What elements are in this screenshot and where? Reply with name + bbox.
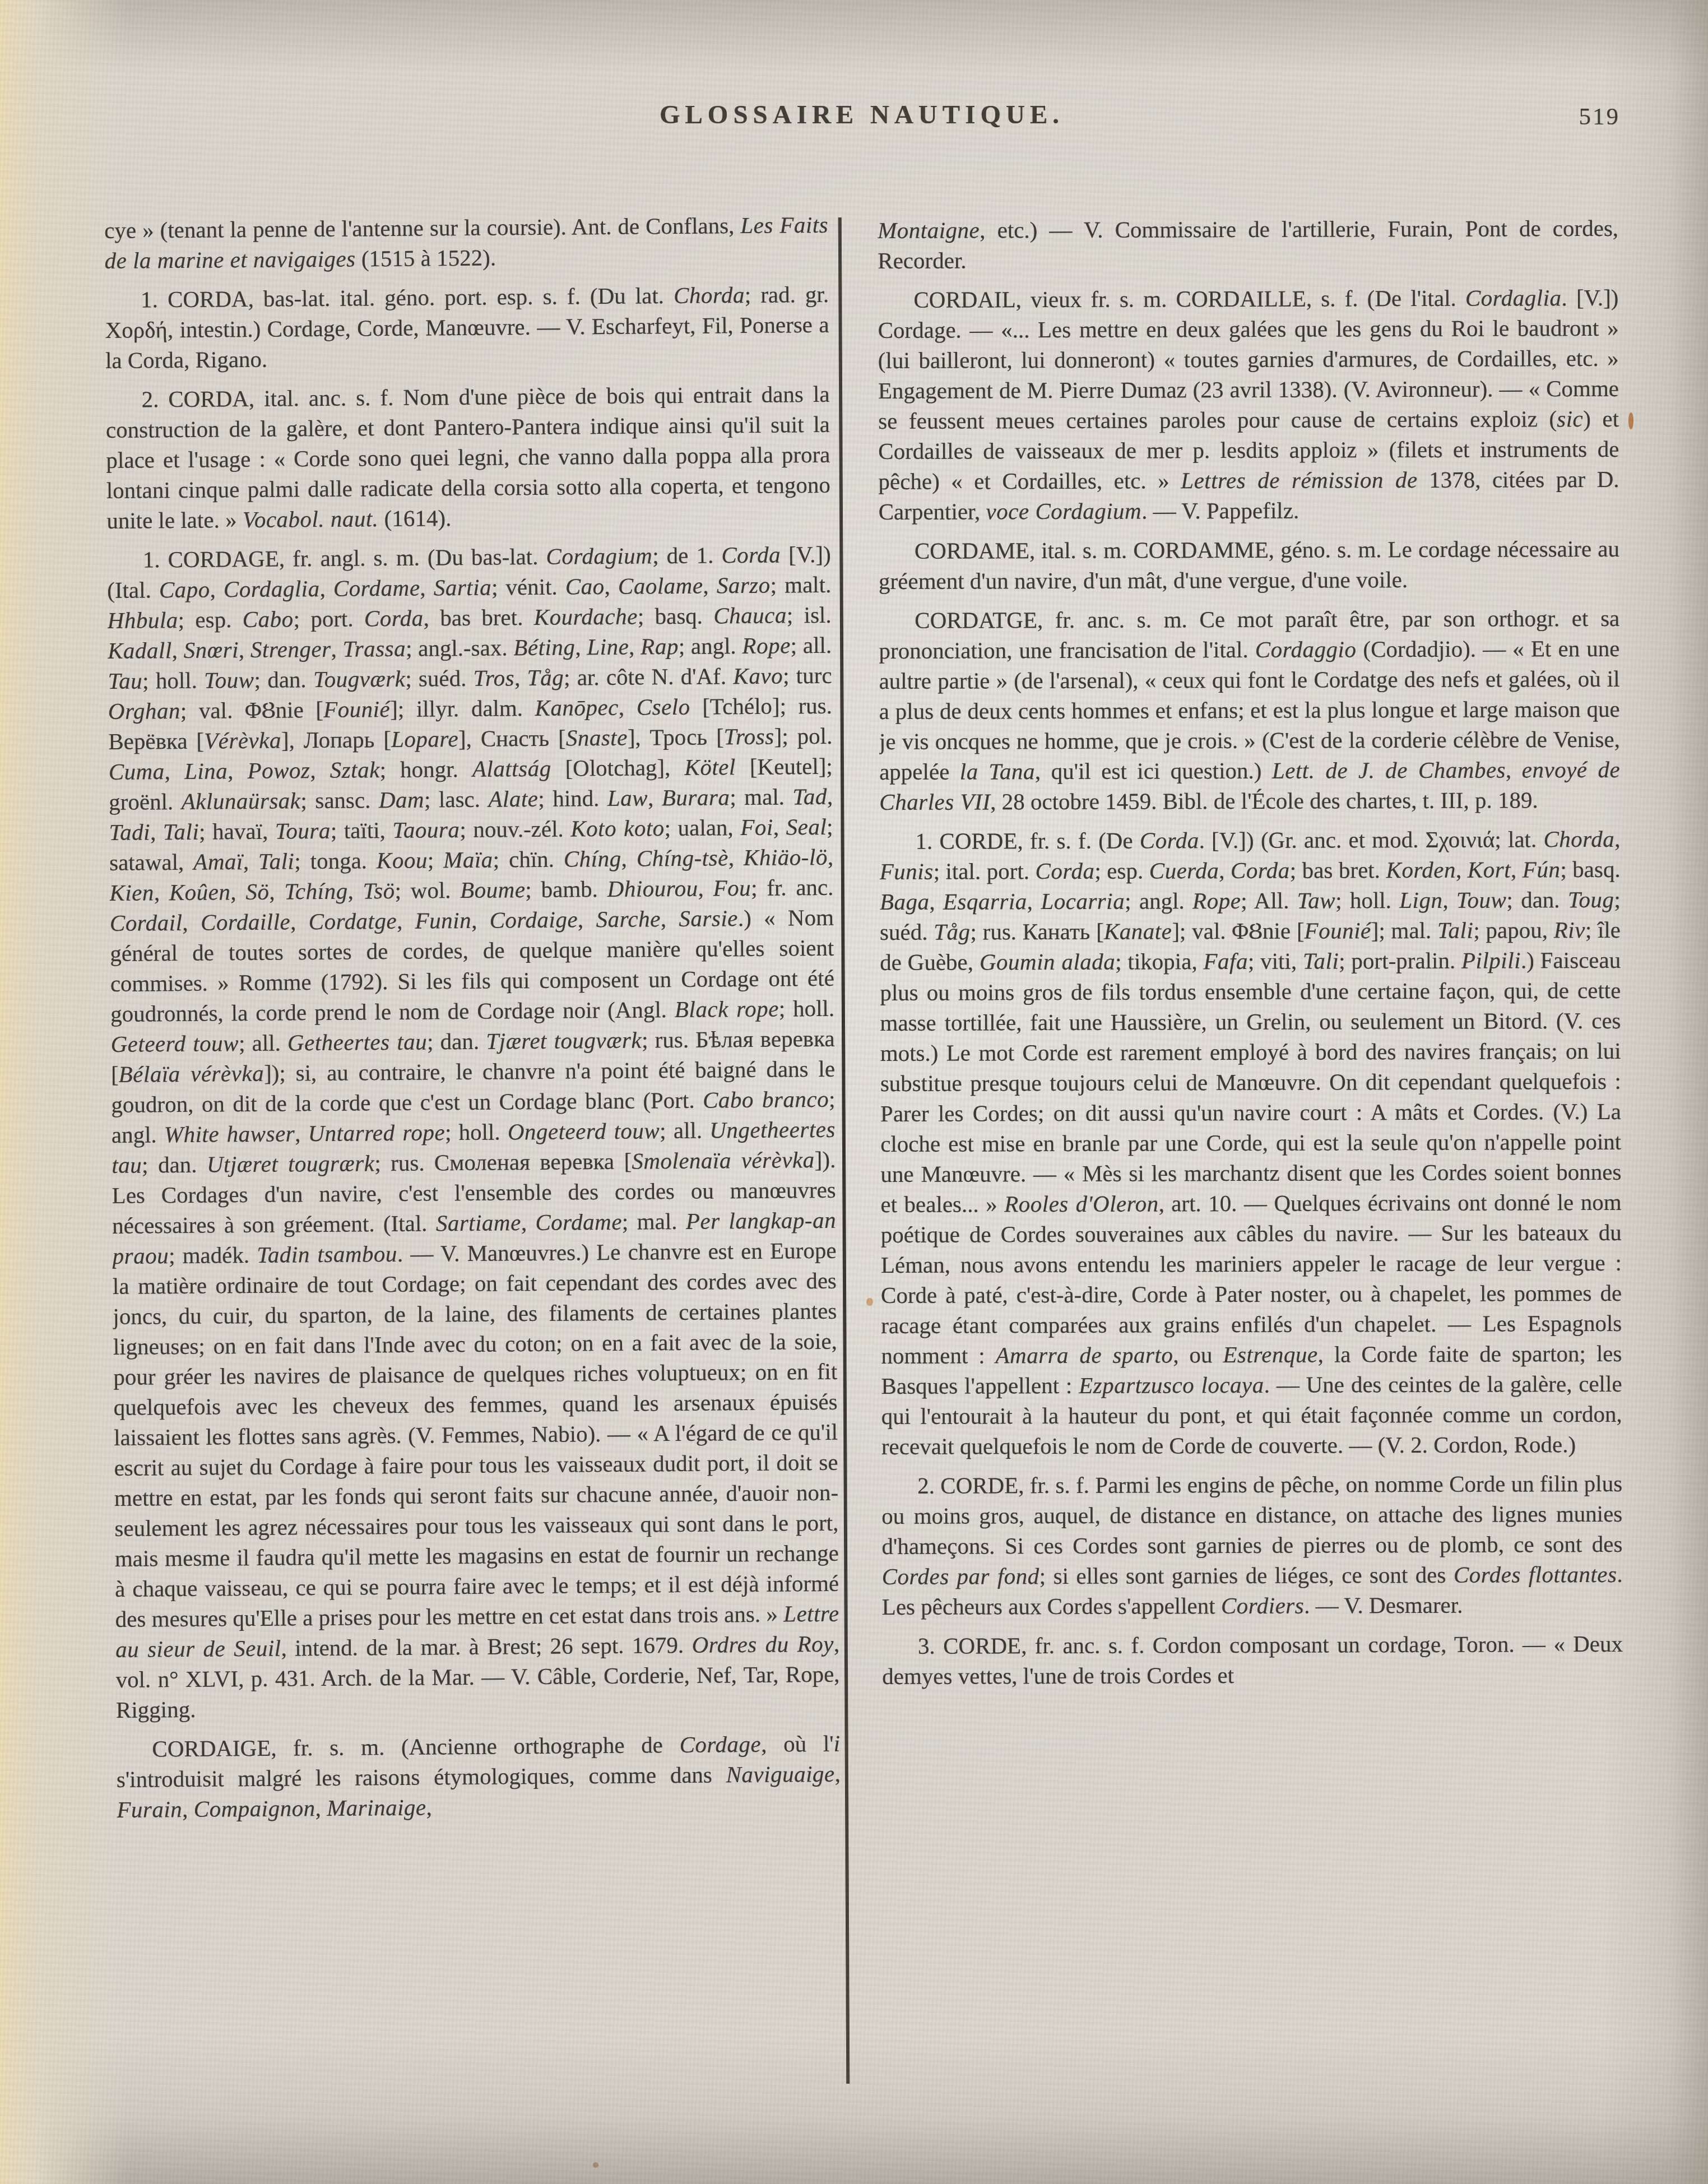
text-column-right: Montaigne, etc.) — V. Commissaire de l'a…: [878, 213, 1625, 2143]
glossary-paragraph: 2. CORDE, fr. s. f. Parmi les engins de …: [881, 1468, 1623, 1622]
paper-stain: [1628, 412, 1633, 429]
glossary-paragraph: CORDAIL, vieux fr. s. m. CORDAILLE, s. f…: [878, 282, 1619, 527]
running-title: GLOSSAIRE NAUTIQUE.: [104, 100, 1620, 130]
glossary-paragraph: cye » (tenant la penne de l'antenne sur …: [104, 210, 829, 276]
glossary-paragraph: 2. CORDA, ital. anc. s. f. Nom d'une piè…: [105, 379, 830, 536]
page-header: GLOSSAIRE NAUTIQUE. 519: [104, 100, 1620, 139]
glossary-paragraph: 1. CORDA, bas-lat. ital. géno. port. esp…: [105, 279, 829, 375]
glossary-paragraph: 1. CORDAGE, fr. angl. s. m. (Du bas-lat.…: [107, 539, 841, 1725]
glossary-paragraph: CORDAIGE, fr. s. m. (Ancienne orthograph…: [116, 1728, 841, 1825]
text-column-left: cye » (tenant la penne de l'antenne sur …: [104, 210, 843, 2143]
glossary-paragraph: 3. CORDE, fr. anc. s. f. Cordon composan…: [882, 1629, 1623, 1691]
scanned-book-page: GLOSSAIRE NAUTIQUE. 519 cye » (tenant la…: [0, 0, 1708, 2184]
paper-stain: [593, 2162, 598, 2168]
paper-stain: [866, 1298, 873, 1306]
glossary-paragraph: 1. CORDE, fr. s. f. (De Corda. [V.]) (Gr…: [879, 824, 1622, 1462]
page-number: 519: [1579, 103, 1621, 131]
glossary-paragraph: CORDAME, ital. s. m. CORDAMME, géno. s. …: [879, 534, 1619, 596]
glossary-paragraph: Montaigne, etc.) — V. Commissaire de l'a…: [878, 213, 1618, 276]
glossary-paragraph: CORDATGE, fr. anc. s. m. Ce mot paraît ê…: [879, 603, 1620, 817]
